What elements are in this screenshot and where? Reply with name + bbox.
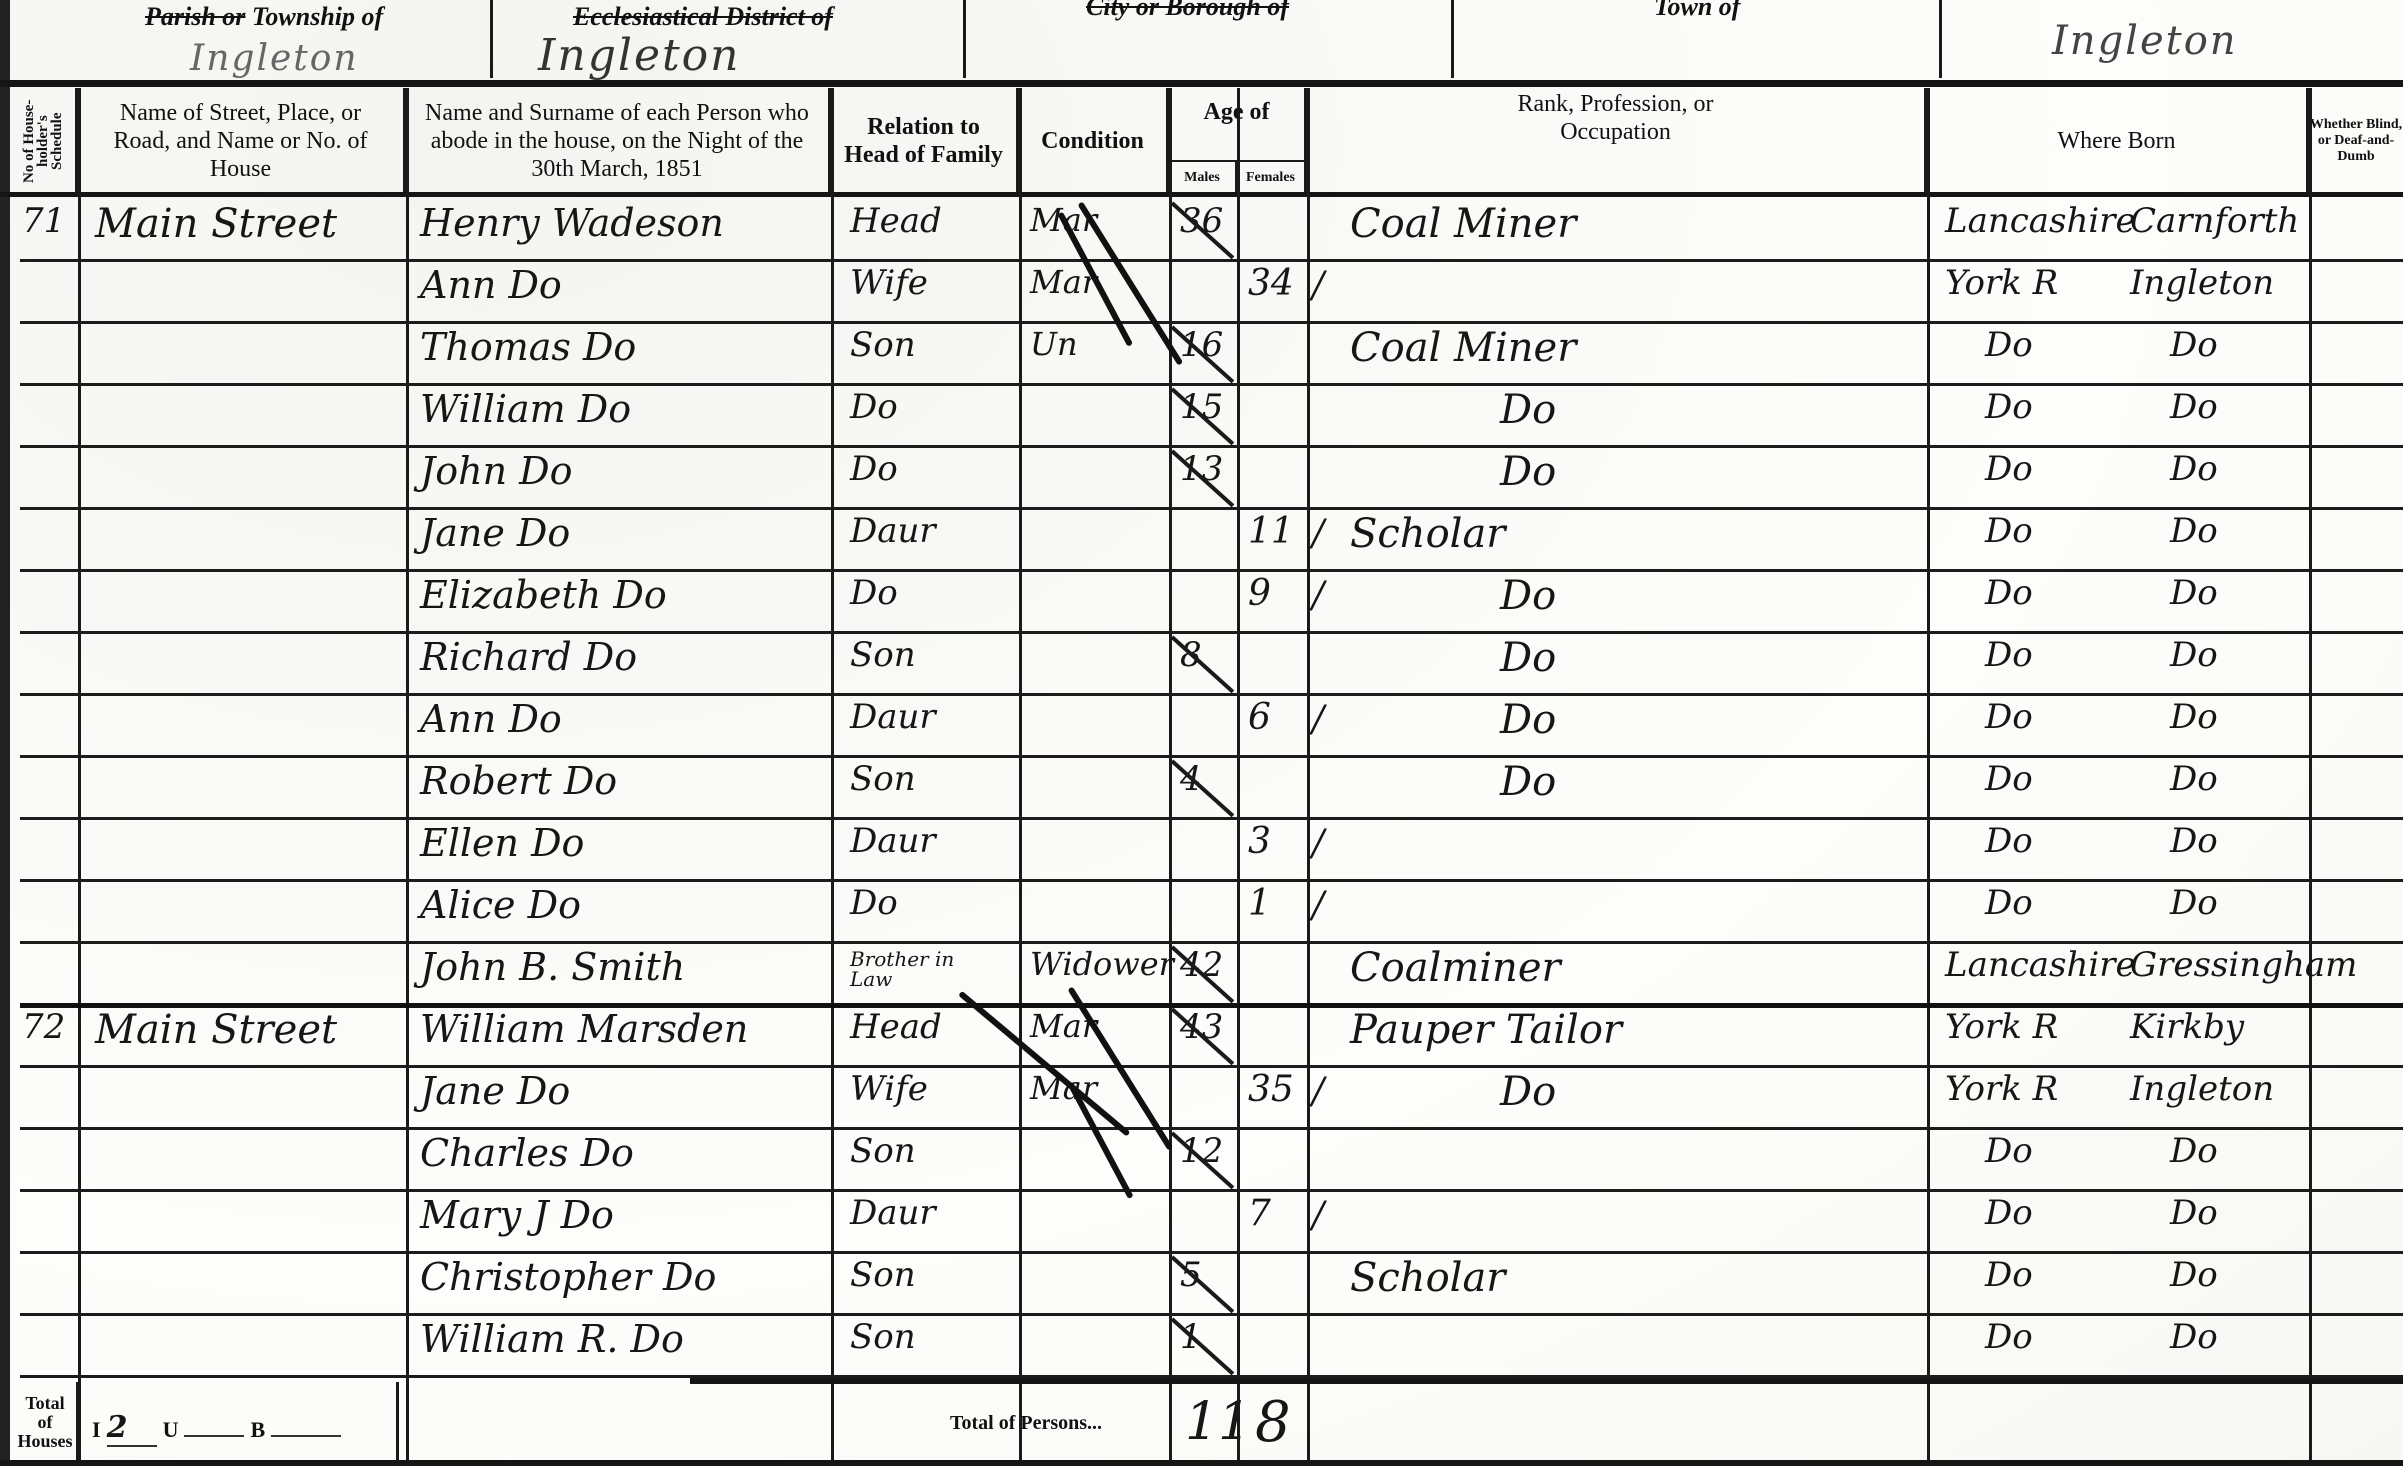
born-county: Do xyxy=(1985,1193,2033,1233)
occupation: Do xyxy=(1500,449,1556,495)
table-row: William R. DoSon1DoDo xyxy=(0,1313,2403,1368)
tally-mark: / xyxy=(1312,823,1324,864)
tally-mark: / xyxy=(1312,885,1324,926)
born-place: Do xyxy=(2170,1131,2218,1171)
person-name: Ann Do xyxy=(420,263,562,307)
parish-value: Ingleton xyxy=(190,38,359,79)
male-age: 36 xyxy=(1180,201,1223,241)
table-row: William DoDo15DoDoDo xyxy=(0,383,2403,438)
born-place: Do xyxy=(2170,449,2218,489)
born-county: Do xyxy=(1985,883,2033,923)
born-place: Do xyxy=(2170,387,2218,427)
person-name: Thomas Do xyxy=(420,325,636,369)
relation: Do xyxy=(850,387,898,427)
tally-mark: / xyxy=(1312,1071,1324,1112)
table-row: Alice DoDo1DoDo/ xyxy=(0,879,2403,934)
person-name: Christopher Do xyxy=(420,1255,716,1299)
person-name: Alice Do xyxy=(420,883,581,927)
tally-mark: / xyxy=(1312,1195,1324,1236)
footer-divider xyxy=(396,1382,399,1462)
relation: Wife xyxy=(850,1069,928,1109)
header-condition: Condition xyxy=(1019,88,1169,194)
born-place: Gressingham xyxy=(2130,945,2357,985)
relation: Head xyxy=(850,1007,942,1047)
relation: Wife xyxy=(850,263,928,303)
table-row: John B. SmithBrother in LawWidower42Coal… xyxy=(0,941,2403,996)
male-age: 16 xyxy=(1180,325,1223,365)
relation: Daur xyxy=(850,821,936,861)
street-name: Main Street xyxy=(95,1007,337,1053)
occupation: Do xyxy=(1500,387,1556,433)
relation: Do xyxy=(850,573,898,613)
table-row: Jane DoWifeMar35DoYork RIngleton/ xyxy=(0,1065,2403,1120)
female-age: 35 xyxy=(1248,1069,1294,1110)
occupation: Scholar xyxy=(1350,511,1505,557)
born-place: Do xyxy=(2170,1317,2218,1357)
female-age: 9 xyxy=(1248,573,1271,614)
born-place: Kirkby xyxy=(2130,1007,2244,1047)
village-value: Ingleton xyxy=(2052,18,2238,64)
town-label: Town of xyxy=(1654,0,1740,22)
parish-label: Parish or Township of xyxy=(145,2,383,32)
total-persons-label: Total of Persons... xyxy=(950,1412,1102,1435)
born-place: Ingleton xyxy=(2130,1069,2274,1109)
header-blind: Whether Blind, or Deaf-and-Dumb xyxy=(2309,88,2403,194)
occupation: Coalminer xyxy=(1350,945,1561,991)
person-name: Jane Do xyxy=(420,511,570,555)
relation: Son xyxy=(850,635,916,675)
table-row: 71Main StreetHenry WadesonHeadMar36Coal … xyxy=(0,197,2403,252)
born-place: Do xyxy=(2170,635,2218,675)
occupation: Do xyxy=(1500,697,1556,743)
born-county: Do xyxy=(1985,697,2033,737)
village-cell: Ingleton xyxy=(1942,0,2403,78)
female-age: 3 xyxy=(1248,821,1271,862)
person-name: Jane Do xyxy=(420,1069,570,1113)
born-county: York R xyxy=(1945,1007,2058,1047)
ecclesiastical-cell: Ecclesiastical District of Ingleton xyxy=(493,0,966,78)
person-name: Ellen Do xyxy=(420,821,584,865)
footer-divider xyxy=(76,1382,79,1462)
ecclesiastical-value: Ingleton xyxy=(538,30,741,81)
born-place: Do xyxy=(2170,325,2218,365)
uninhabited-value xyxy=(184,1435,244,1437)
relation: Son xyxy=(850,325,916,365)
table-row: Richard DoSon8DoDoDo xyxy=(0,631,2403,686)
person-name: John B. Smith xyxy=(420,945,685,989)
header-age-males: Males xyxy=(1169,160,1237,194)
table-row: Ann DoDaur6DoDoDo/ xyxy=(0,693,2403,748)
person-name: William Marsden xyxy=(420,1007,748,1051)
born-county: Do xyxy=(1985,449,2033,489)
born-place: Do xyxy=(2170,883,2218,923)
born-county: Do xyxy=(1985,325,2033,365)
occupation: Coal Miner xyxy=(1350,201,1576,247)
city-cell: City or Borough of xyxy=(966,0,1454,78)
relation: Daur xyxy=(850,511,936,551)
born-county: York R xyxy=(1945,1069,2058,1109)
born-county: Do xyxy=(1985,759,2033,799)
person-name: Robert Do xyxy=(420,759,617,803)
born-county: Do xyxy=(1985,1255,2033,1295)
tally-mark: / xyxy=(1312,575,1324,616)
inhabited-value: 2 xyxy=(107,1410,157,1447)
occupation: Coal Miner xyxy=(1350,325,1576,371)
tally-mark: / xyxy=(1312,699,1324,740)
header-rule xyxy=(0,80,2403,87)
male-age: 43 xyxy=(1180,1007,1223,1047)
born-county: York R xyxy=(1945,263,2058,303)
table-row: Ann DoWifeMar34York RIngleton/ xyxy=(0,259,2403,314)
born-county: Do xyxy=(1985,1317,2033,1357)
relation: Daur xyxy=(850,1193,936,1233)
person-name: Ann Do xyxy=(420,697,562,741)
census-page: Parish or Township of Ingleton Ecclesias… xyxy=(0,0,2403,1466)
occupation: Do xyxy=(1500,635,1556,681)
female-age: 1 xyxy=(1248,883,1271,924)
born-place: Carnforth xyxy=(2130,201,2299,241)
header-where-born: Where Born xyxy=(1927,88,2309,194)
relation: Do xyxy=(850,883,898,923)
relation: Son xyxy=(850,759,916,799)
table-row: Mary J DoDaur7DoDo/ xyxy=(0,1189,2403,1244)
born-place: Do xyxy=(2170,821,2218,861)
born-county: Do xyxy=(1985,511,2033,551)
uninhabited-label: U xyxy=(163,1417,179,1443)
header-age-females: Females xyxy=(1237,160,1304,194)
born-county: Do xyxy=(1985,1131,2033,1171)
header-relation: Relation to Head of Family xyxy=(831,88,1019,194)
born-county: Lancashire xyxy=(1945,945,2136,985)
born-place: Do xyxy=(2170,511,2218,551)
header-name: Name and Surname of each Person who abod… xyxy=(406,88,831,194)
born-county: Lancashire xyxy=(1945,201,2136,241)
page-bottom-rule xyxy=(0,1460,2403,1466)
house-counts: I 2 U B xyxy=(92,1410,341,1447)
tally-mark: / xyxy=(1312,265,1324,306)
male-age: 12 xyxy=(1180,1131,1223,1171)
schedule-no: 72 xyxy=(22,1007,65,1047)
occupation: Scholar xyxy=(1350,1255,1505,1301)
relation: Do xyxy=(850,449,898,489)
person-name: William R. Do xyxy=(420,1317,684,1361)
female-age: 34 xyxy=(1248,263,1294,304)
condition: Un xyxy=(1030,325,1078,363)
table-row: Christopher DoSon5ScholarDoDo xyxy=(0,1251,2403,1306)
table-row: Robert DoSon4DoDoDo xyxy=(0,755,2403,810)
born-place: Do xyxy=(2170,759,2218,799)
schedule-no: 71 xyxy=(22,201,65,241)
occupation: Pauper Tailor xyxy=(1350,1007,1622,1053)
total-males: 11 xyxy=(1185,1392,1251,1452)
male-age: 42 xyxy=(1180,945,1223,985)
relation: Brother in Law xyxy=(850,949,970,989)
occupation: Do xyxy=(1500,573,1556,619)
footer: Total of Houses I 2 U B Total of Persons… xyxy=(10,1382,2403,1462)
ecclesiastical-label: Ecclesiastical District of xyxy=(573,2,833,32)
table-row: John DoDo13DoDoDo xyxy=(0,445,2403,500)
table-row: Jane DoDaur11ScholarDoDo/ xyxy=(0,507,2403,562)
table-row: 72Main StreetWilliam MarsdenHeadMar43Pau… xyxy=(0,1003,2403,1058)
header-occupation: Rank, Profession, or Occupation xyxy=(1307,88,1927,194)
person-name: Henry Wadeson xyxy=(420,201,724,245)
header-schedule-no: No of House-holder's Schedule xyxy=(10,88,78,194)
born-county: Do xyxy=(1985,821,2033,861)
town-cell: Town of xyxy=(1454,0,1942,78)
female-age: 11 xyxy=(1248,511,1294,552)
occupation: Do xyxy=(1500,759,1556,805)
born-place: Ingleton xyxy=(2130,263,2274,303)
person-name: William Do xyxy=(420,387,631,431)
person-name: Richard Do xyxy=(420,635,637,679)
column-headers: No of House-holder's Schedule Name of St… xyxy=(10,88,2403,194)
born-place: Do xyxy=(2170,1193,2218,1233)
parish-cell: Parish or Township of Ingleton xyxy=(10,0,493,78)
table-row: Ellen DoDaur3DoDo/ xyxy=(0,817,2403,872)
female-age: 6 xyxy=(1248,697,1271,738)
building-value xyxy=(271,1435,341,1437)
total-houses-label: Total of Houses xyxy=(16,1394,74,1451)
person-name: Mary J Do xyxy=(420,1193,614,1237)
relation: Son xyxy=(850,1255,916,1295)
inhabited-label: I xyxy=(92,1417,101,1443)
relation: Daur xyxy=(850,697,936,737)
total-females: 8 xyxy=(1255,1390,1291,1455)
occupation: Do xyxy=(1500,1069,1556,1115)
born-county: Do xyxy=(1985,635,2033,675)
male-age: 15 xyxy=(1180,387,1223,427)
top-band: Parish or Township of Ingleton Ecclesias… xyxy=(0,0,2403,82)
table-row: Elizabeth DoDo9DoDoDo/ xyxy=(0,569,2403,624)
city-label: City or Borough of xyxy=(1086,0,1289,22)
person-name: Elizabeth Do xyxy=(420,573,667,617)
person-name: Charles Do xyxy=(420,1131,634,1175)
tally-mark: / xyxy=(1312,513,1324,554)
street-name: Main Street xyxy=(95,201,337,247)
born-place: Do xyxy=(2170,1255,2218,1295)
relation: Son xyxy=(850,1131,916,1171)
born-place: Do xyxy=(2170,573,2218,613)
female-age: 7 xyxy=(1248,1193,1271,1234)
born-place: Do xyxy=(2170,697,2218,737)
born-county: Do xyxy=(1985,573,2033,613)
building-label: B xyxy=(250,1417,265,1443)
born-county: Do xyxy=(1985,387,2033,427)
male-age: 13 xyxy=(1180,449,1223,489)
relation: Head xyxy=(850,201,942,241)
header-street: Name of Street, Place, or Road, and Name… xyxy=(78,88,406,194)
relation: Son xyxy=(850,1317,916,1357)
person-name: John Do xyxy=(420,449,572,493)
condition: Widower xyxy=(1030,945,1174,983)
table-row: Charles DoSon12DoDo xyxy=(0,1127,2403,1182)
table-row: Thomas DoSonUn16Coal MinerDoDo xyxy=(0,321,2403,376)
